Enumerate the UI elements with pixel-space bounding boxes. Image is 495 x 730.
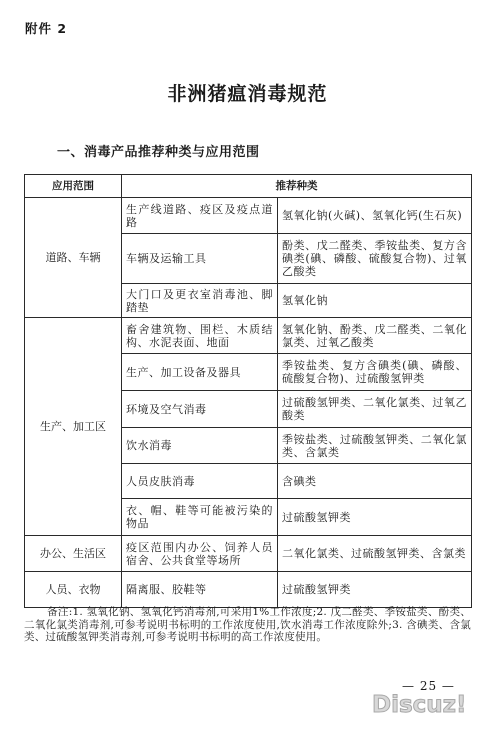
scope-cell: 疫区范围内办公、饲养人员宿舍、公共食堂等场所 xyxy=(122,536,278,572)
section-heading: 一、消毒产品推荐种类与应用范围 xyxy=(57,141,260,160)
document-title: 非洲猪瘟消毒规范 xyxy=(0,79,495,106)
scope-cell: 生产线道路、疫区及疫点道路 xyxy=(122,198,278,234)
products-cell: 过硫酸氢钾类、二氧化氯类、过氧乙酸类 xyxy=(278,391,472,428)
products-cell: 含碘类 xyxy=(278,464,472,499)
products-cell: 二氧化氯类、过硫酸氢钾类、含氯类 xyxy=(278,536,472,572)
scope-cell: 生产、加工设备及器具 xyxy=(122,354,278,391)
table-row: 道路、车辆 生产线道路、疫区及疫点道路 氢氧化钠(火碱)、氢氧化钙(生石灰) xyxy=(25,198,472,234)
table-row: 人员、衣物 隔离服、胶鞋等 过硫酸氢钾类 xyxy=(25,572,472,608)
disinfectant-table: 应用范围 推荐种类 道路、车辆 生产线道路、疫区及疫点道路 氢氧化钠(火碱)、氢… xyxy=(24,174,472,608)
products-cell: 酚类、戊二醛类、季铵盐类、复方含碘类(碘、磷酸、硫酸复合物)、过氧乙酸类 xyxy=(278,234,472,284)
scope-cell: 环境及空气消毒 xyxy=(122,391,278,428)
area-cell: 道路、车辆 xyxy=(25,198,122,318)
scope-cell: 隔离服、胶鞋等 xyxy=(122,572,278,608)
products-cell: 氢氧化钠、酚类、戊二醛类、二氧化氯类、过氧乙酸类 xyxy=(278,318,472,354)
discuz-watermark-logo: Discuz! xyxy=(372,692,467,718)
header-recommended-types: 推荐种类 xyxy=(122,175,472,198)
attachment-label: 附件 2 xyxy=(25,19,67,37)
table-header-row: 应用范围 推荐种类 xyxy=(25,175,472,198)
table-row: 办公、生活区 疫区范围内办公、饲养人员宿舍、公共食堂等场所 二氧化氯类、过硫酸氢… xyxy=(25,536,472,572)
products-cell: 季铵盐类、复方含碘类(碘、磷酸、硫酸复合物)、过硫酸氢钾类 xyxy=(278,354,472,391)
products-cell: 季铵盐类、过硫酸氢钾类、二氧化氯类、含氯类 xyxy=(278,428,472,464)
table-row: 生产、加工区 畜舍建筑物、围栏、木质结构、水泥表面、地面 氢氧化钠、酚类、戊二醛… xyxy=(25,318,472,354)
scope-cell: 人员皮肤消毒 xyxy=(122,464,278,499)
area-cell: 人员、衣物 xyxy=(25,572,122,608)
scope-cell: 饮水消毒 xyxy=(122,428,278,464)
scope-cell: 车辆及运输工具 xyxy=(122,234,278,284)
products-cell: 氢氧化钠(火碱)、氢氧化钙(生石灰) xyxy=(278,198,472,234)
scope-cell: 衣、帽、鞋等可能被污染的物品 xyxy=(122,499,278,536)
header-application-scope: 应用范围 xyxy=(25,175,122,198)
scope-cell: 大门口及更衣室消毒池、脚踏垫 xyxy=(122,284,278,318)
table-notes: 备注:1. 氢氧化钠、氢氧化钙消毒剂,可采用1%工作浓度;2. 戊二醛类、季铵盐… xyxy=(24,606,471,644)
area-cell: 办公、生活区 xyxy=(25,536,122,572)
area-cell: 生产、加工区 xyxy=(25,318,122,536)
scope-cell: 畜舍建筑物、围栏、木质结构、水泥表面、地面 xyxy=(122,318,278,354)
products-cell: 氢氧化钠 xyxy=(278,284,472,318)
page-number: — 25 — xyxy=(402,679,455,693)
products-cell: 过硫酸氢钾类 xyxy=(278,572,472,608)
products-cell: 过硫酸氢钾类 xyxy=(278,499,472,536)
